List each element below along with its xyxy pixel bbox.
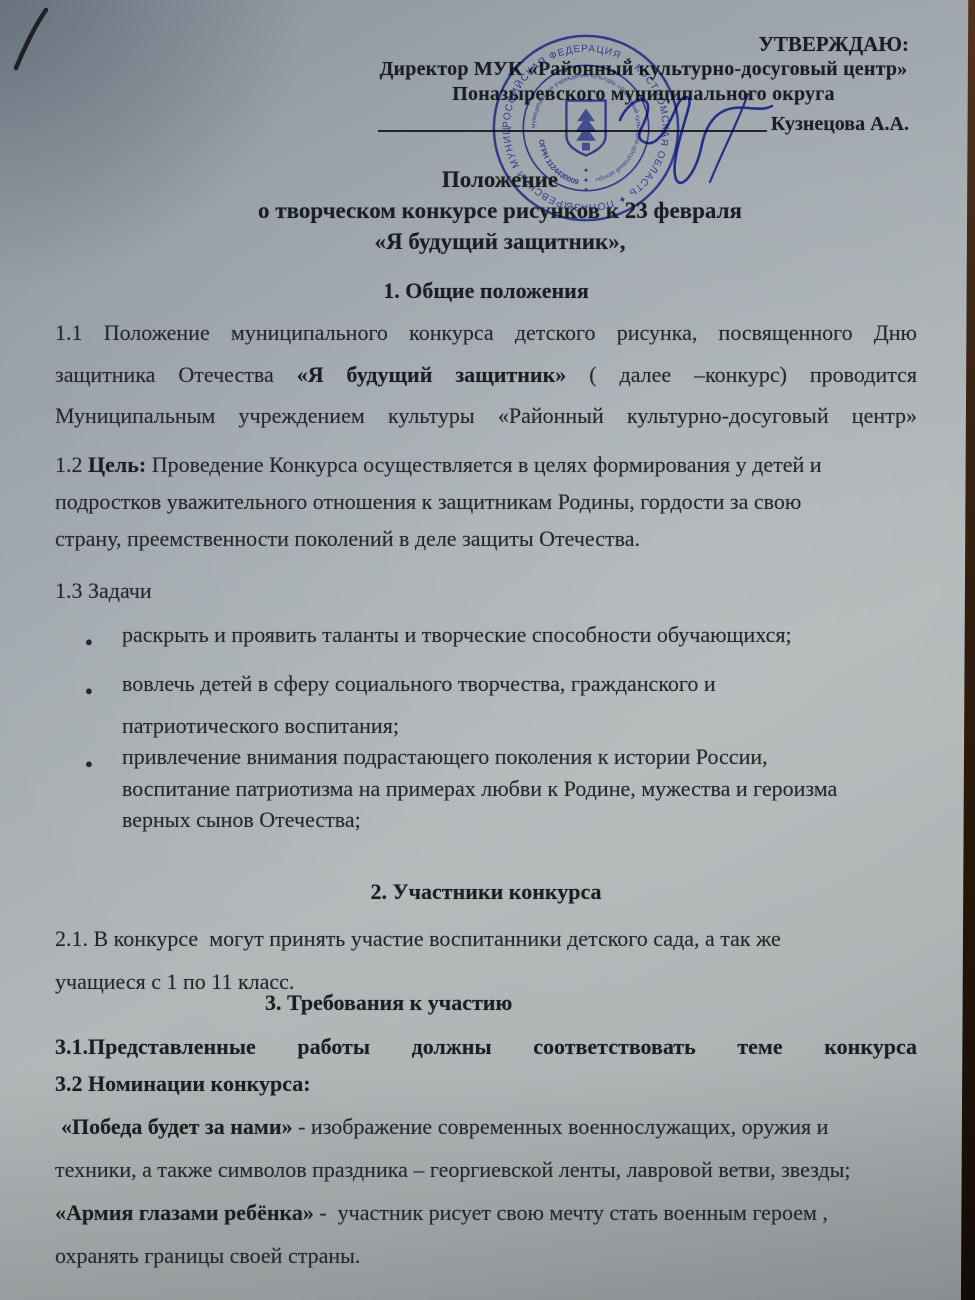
title-line-1: Положение: [83, 164, 917, 195]
p11-line-3: Муниципальным учреждением культуры «Райо…: [55, 395, 917, 437]
section-1-heading: 1. Общие положения: [55, 278, 917, 304]
bullet-2-text: вовлечь детей в сферу социального творче…: [122, 663, 716, 747]
paragraph-1-1: 1.1 Положение муниципального конкурса де…: [55, 312, 917, 437]
bullet-dot-icon: ●: [85, 741, 122, 836]
title-line-2: о творческом конкурсе рисунков к 23 февр…: [83, 195, 917, 226]
task-bullet-2: ● вовлечь детей в сферу социального твор…: [85, 663, 909, 747]
p12-line-3: страну, преемственности поколений в деле…: [55, 520, 917, 557]
task-bullet-1: ● раскрыть и проявить таланты и творческ…: [85, 618, 909, 658]
nominations-block: «Победа будет за нами» - изображение сов…: [55, 1105, 917, 1277]
paragraph-1-2: 1.2 Цель: Проведение Конкурса осуществля…: [55, 446, 917, 557]
paragraph-3-2: 3.2 Номинации конкурса:: [55, 1071, 917, 1097]
document-title: Положение о творческом конкурсе рисунков…: [55, 164, 917, 257]
bullet-3-text: привлечение внимания подрастающего покол…: [122, 741, 837, 836]
p11-line-1: 1.1 Положение муниципального конкурса де…: [55, 312, 917, 354]
section-2-heading: 2. Участники конкурса: [55, 879, 917, 905]
pen-slash-mark: [6, 2, 66, 80]
p11-line-2: защитника Отечества «Я будущий защитник»…: [55, 354, 917, 396]
paragraph-3-1: 3.1.Представленные работы должны соответ…: [55, 1034, 917, 1060]
p12-line-2: подростков уважительного отношения к защ…: [55, 483, 917, 520]
bullet-1-text: раскрыть и проявить таланты и творческие…: [122, 618, 792, 658]
p12-line-1: 1.2 Цель: Проведение Конкурса осуществля…: [55, 446, 917, 483]
nomination-2-line-2: охранять границы своей страны.: [55, 1234, 917, 1277]
bullet-dot-icon: ●: [85, 618, 122, 658]
document-photo: УТВЕРЖДАЮ: Директор МУК «Районный культу…: [0, 0, 975, 1300]
nomination-2-line-1: «Армия глазами ребёнка» - участник рисуе…: [55, 1191, 917, 1234]
p21-line-1: 2.1. В конкурсе могут принять участие во…: [55, 918, 917, 961]
bullet-dot-icon: ●: [85, 663, 122, 747]
task-bullet-3: ● привлечение внимания подрастающего пок…: [85, 741, 909, 836]
title-line-3: «Я будущий защитник»,: [83, 226, 917, 257]
nomination-1-line-2: техники, а также символов праздника – ге…: [55, 1148, 917, 1191]
nomination-1-line-1: «Победа будет за нами» - изображение сов…: [55, 1105, 917, 1148]
paper-sheet: УТВЕРЖДАЮ: Директор МУК «Районный культу…: [0, 0, 975, 1300]
tasks-label: 1.3 Задачи: [55, 578, 917, 604]
section-3-heading: 3. Требования к участию: [55, 990, 917, 1016]
